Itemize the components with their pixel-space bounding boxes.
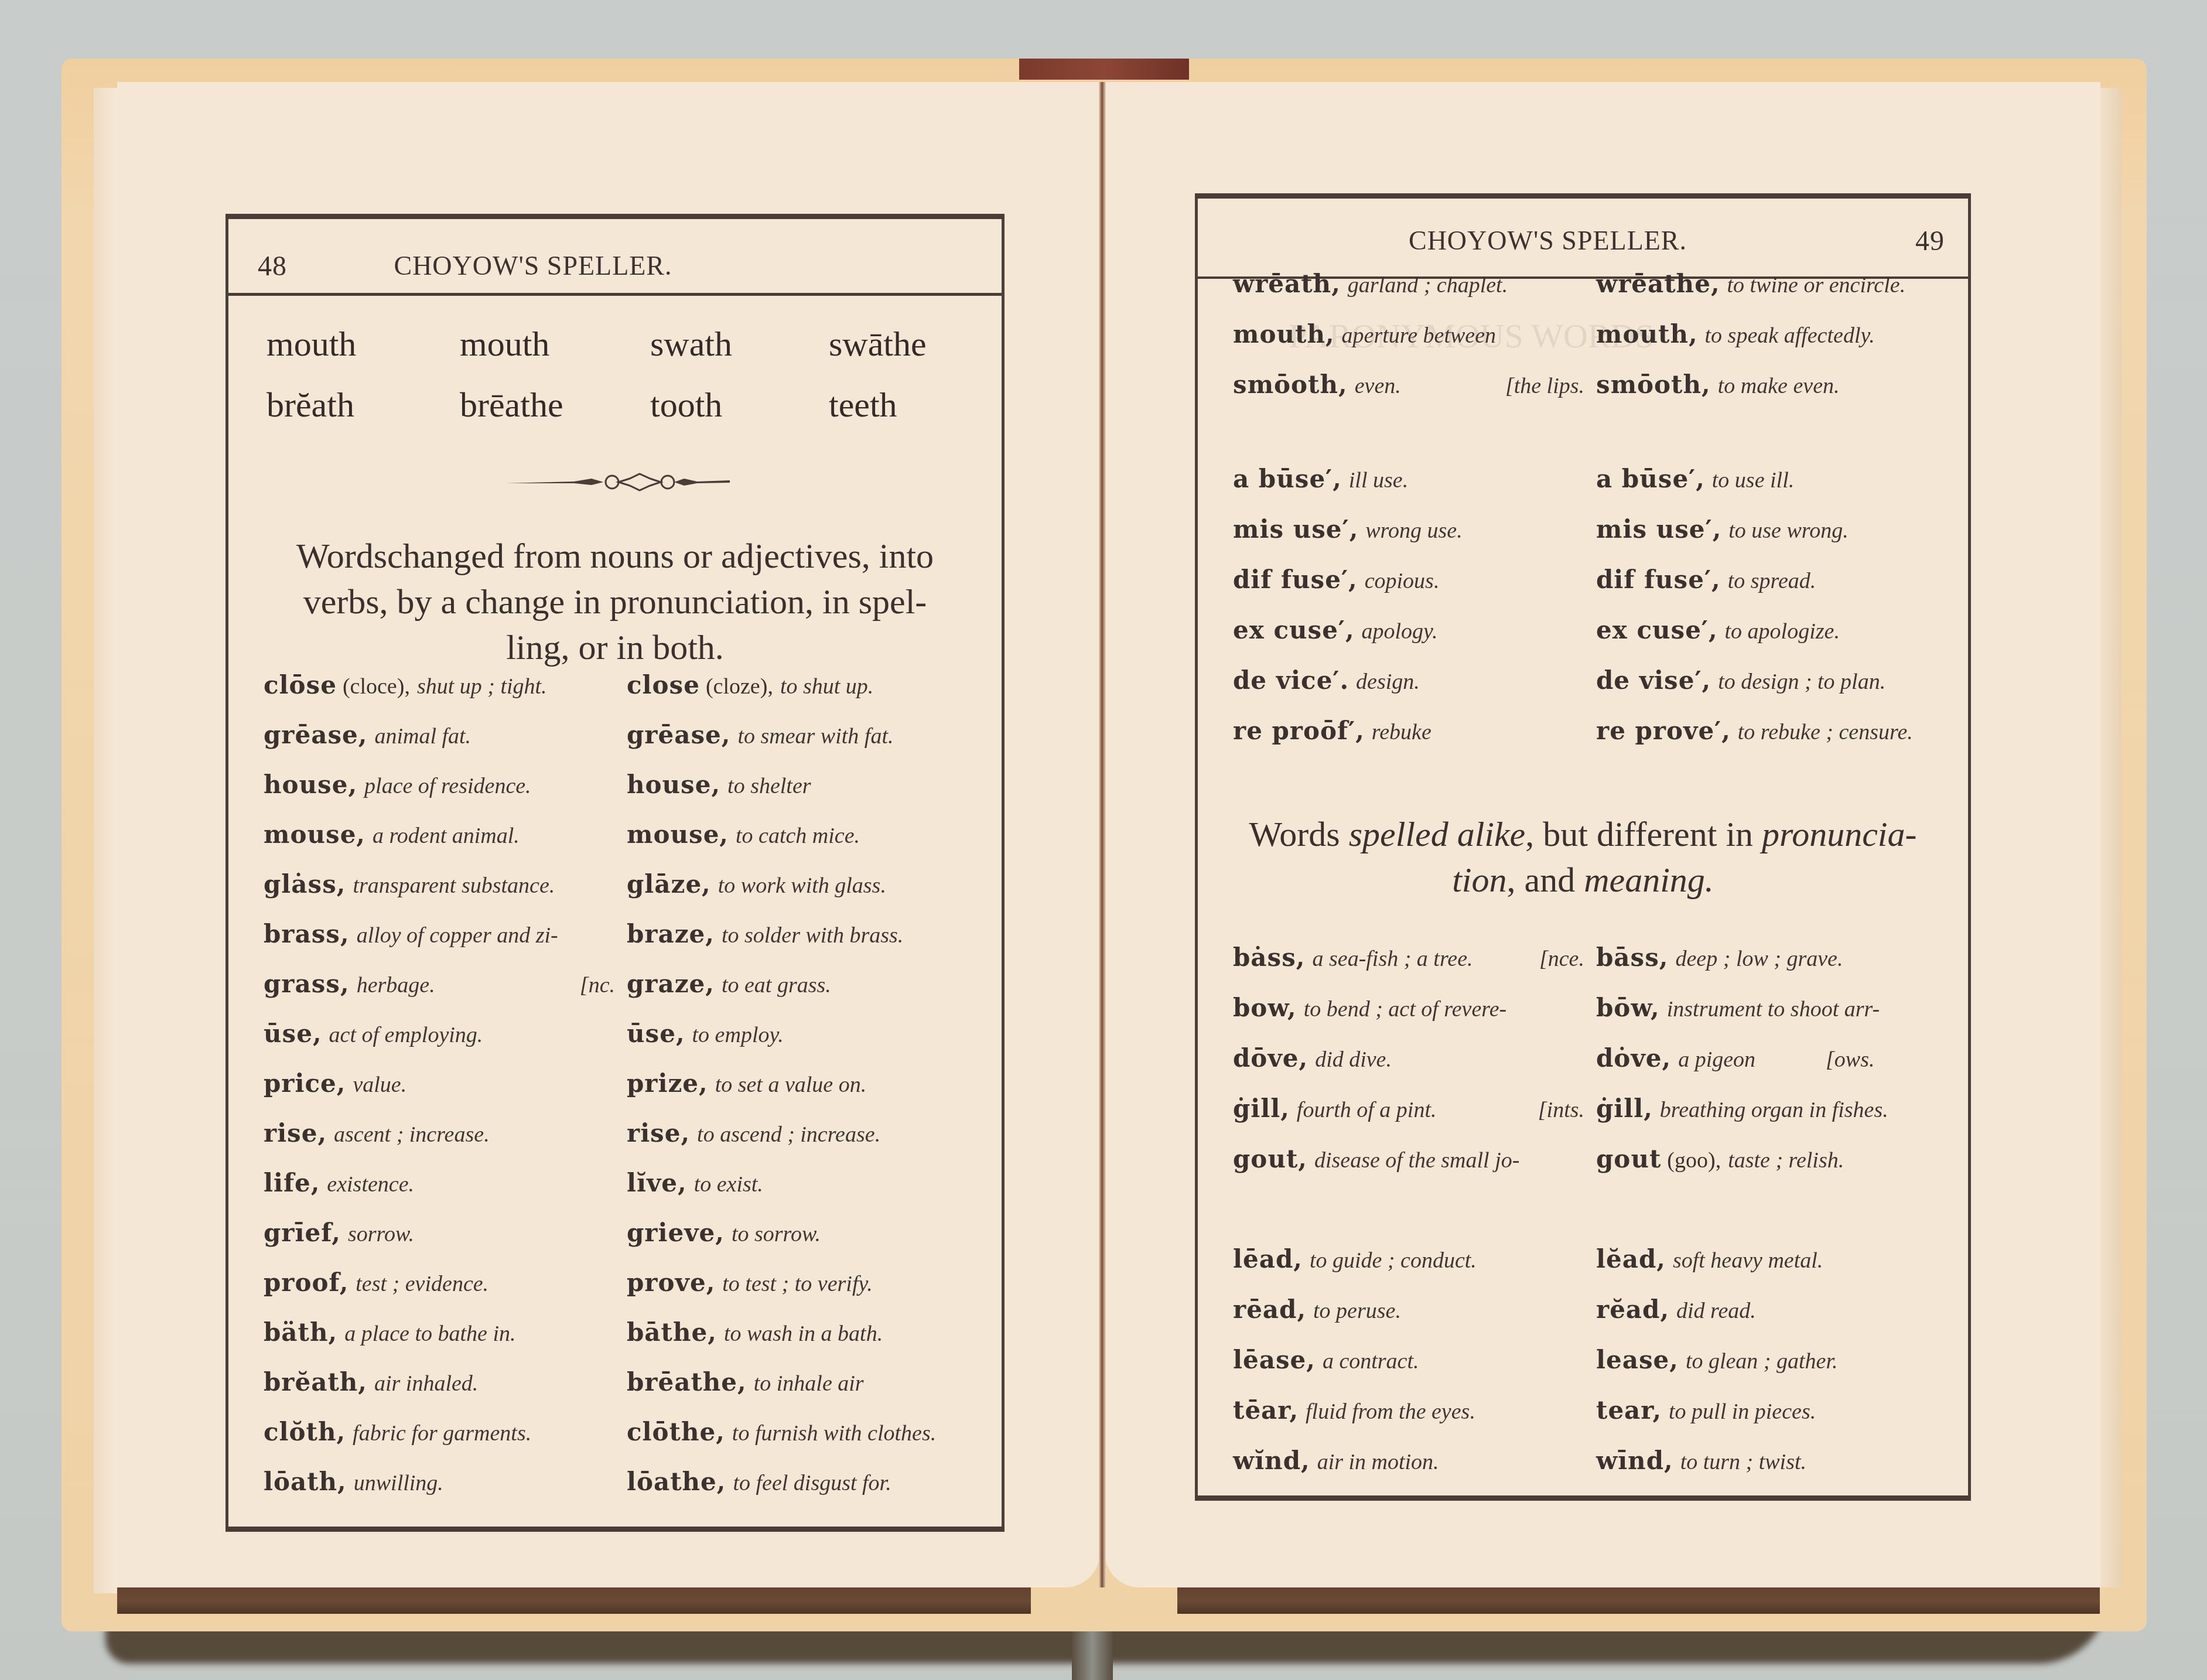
word-pair-list: bȧss,a sea-fish ; a tree.[nce.bāss,deep … [1233,943,1962,1497]
noun-cell: clōse(cloce),shut up ; tight. [264,671,627,699]
noun-cell: clŏth,fabric for garments. [264,1418,627,1446]
definition: to work with glass. [718,873,886,899]
verb-cell: bāss,deep ; low ; grave. [1596,943,1843,972]
word-pair-row: ex cuse′,apology.ex cuse′,to apologize. [1233,616,1962,666]
verb-cell: mouse,to catch mice. [627,820,860,849]
definition: copious. [1365,568,1440,594]
definition: to employ. [692,1022,784,1048]
headword: bow, [1233,993,1297,1022]
noun-cell: bäth,a place to bathe in. [264,1318,627,1347]
definition: to guide ; conduct. [1310,1248,1477,1273]
headword: proof, [264,1268,349,1297]
headword: lĭve, [627,1169,687,1197]
headword: wĭnd, [1233,1446,1310,1475]
noun-cell: brass,alloy of copper and zi- [264,920,627,948]
headword: a būse′, [1596,465,1705,493]
headword: brēathe, [627,1368,747,1396]
definition: to shelter [727,773,811,799]
definition: to use ill. [1712,467,1794,493]
definition: to solder with brass. [722,923,903,948]
verb-cell: bāthe,to wash in a bath. [627,1318,883,1347]
definition: to bend ; act of revere- [1304,996,1506,1022]
heading-line: Wordschanged from nouns or adjectives, i… [252,533,978,579]
headword: ūse, [627,1019,685,1048]
headword: close [627,671,700,699]
noun-cell: lēad,to guide ; conduct. [1233,1245,1596,1273]
headword: ex cuse′, [1233,616,1355,644]
word-pair-row: gout,disease of the small jo-gout(goo),t… [1233,1145,1962,1195]
verb-cell: prove,to test ; to verify. [627,1268,873,1297]
plain-word: mouth [267,324,460,364]
right-page-text-frame: CHOYOW'S SPELLER. 49 wrēath,garland ; ch… [1195,193,1971,1501]
word-pair-row: brĕath,air inhaled.brēathe,to inhale air [264,1368,996,1418]
definition: to twine or encircle. [1727,272,1906,298]
definition: taste ; relish. [1728,1148,1844,1173]
definition: existence. [327,1172,414,1197]
verb-cell: rĕad,did read. [1596,1295,1756,1324]
headword: bäth, [264,1318,337,1347]
definition: fourth of a pint. [1297,1097,1437,1123]
running-title: CHOYOW'S SPELLER. [146,250,920,281]
definition: disease of the small jo- [1314,1148,1519,1173]
definition: soft heavy metal. [1673,1248,1823,1273]
verb-cell: glāze,to work with glass. [627,870,886,899]
noun-cell: lōath,unwilling. [264,1467,627,1496]
word-pair-row: bȧss,a sea-fish ; a tree.[nce.bāss,deep … [1233,943,1962,993]
headword: smōoth, [1233,370,1348,399]
headword: prize, [627,1069,708,1098]
noun-cell: a būse′,ill use. [1233,465,1596,493]
headword: wīnd, [1596,1446,1673,1475]
running-title: CHOYOW'S SPELLER. [1163,225,1933,256]
headword: mis use′, [1596,515,1721,544]
heading-line: verbs, by a change in pronunciation, in … [252,579,978,624]
spine-headband [1019,59,1189,80]
headword: a būse′, [1233,465,1342,493]
definition: air inhaled. [374,1371,478,1396]
noun-cell: bow,to bend ; act of revere- [1233,993,1596,1022]
headword: lĕad, [1596,1245,1666,1273]
word-pair-row: smōoth,even.[the lips.smōoth,to make eve… [1233,370,1962,421]
headword: brass, [264,920,350,948]
noun-cell: bȧss,a sea-fish ; a tree.[nce. [1233,943,1596,972]
show-through-text: PARONYMOUS WORDS [1289,316,1654,356]
headword: clŏth, [264,1418,346,1446]
definition: to feel disgust for. [733,1470,891,1496]
verb-cell: lĭve,to exist. [627,1169,763,1197]
definition: wrong use. [1365,518,1462,544]
definition: to make even. [1718,373,1840,399]
definition: to inhale air [754,1371,864,1396]
headword: mouse, [627,820,729,849]
noun-cell: de vice′.design. [1233,666,1596,695]
noun-cell: glȧss,transparent substance. [264,870,627,899]
definition: a sea-fish ; a tree. [1313,946,1473,972]
verb-cell: wīnd,to turn ; twist. [1596,1446,1806,1475]
noun-cell: re proōf′,rebuke [1233,716,1596,745]
verb-cell: dȯve,a pigeon[ows. [1596,1044,1887,1073]
noun-cell: proof,test ; evidence. [264,1268,627,1297]
word-pair-row: dif fuse′,copious.dif fuse′,to spread. [1233,565,1962,616]
definition: to shut up. [780,674,873,699]
definition: shut up ; tight. [417,674,547,699]
headword: grass, [264,969,350,998]
definition: rebuke [1372,719,1432,745]
word-pair-row: wrēath,garland ; chaplet.wrēathe,to twin… [1233,269,1962,320]
definition: deep ; low ; grave. [1676,946,1843,972]
definition: a place to bathe in. [344,1321,515,1347]
definition: value. [353,1072,406,1098]
headword: ūse, [264,1019,322,1048]
pronunciation: (cloze), [706,674,773,699]
word-pair-row: rise,ascent ; increase.rise,to ascend ; … [264,1119,996,1169]
headword: life, [264,1169,320,1197]
word-pair-row: brass,alloy of copper and zi-braze,to so… [264,920,996,969]
headword: grīef, [264,1218,341,1247]
noun-cell: rise,ascent ; increase. [264,1119,627,1148]
headword: ex cuse′, [1596,616,1718,644]
plain-word: swath [650,324,829,364]
headword: re prove′, [1596,716,1731,745]
running-head: CHOYOW'S SPELLER. 49 [1198,217,1968,269]
headword: clōse [264,671,337,699]
runover-note: [nc. [580,972,627,998]
plain-word-row: brĕath brēathe tooth teeth [267,374,969,435]
word-pair-row: glȧss,transparent substance.glāze,to wor… [264,870,996,920]
headword: tear, [1596,1396,1662,1425]
definition: to pull in pieces. [1669,1399,1816,1425]
definition: ill use. [1349,467,1408,493]
word-pair-row: grass,herbage.[nc.graze,to eat grass. [264,969,996,1019]
word-pair-row: dōve,did dive.dȯve,a pigeon[ows. [1233,1044,1962,1094]
noun-cell: mouse,a rodent animal. [264,820,627,849]
definition: to eat grass. [722,972,831,998]
plain-word: mouth [460,324,650,364]
noun-cell: house,place of residence. [264,770,627,799]
verb-cell: ex cuse′,to apologize. [1596,616,1840,644]
noun-cell: lēase,a contract. [1233,1346,1596,1374]
definition: unwilling. [354,1470,443,1496]
definition: to use wrong. [1728,518,1848,544]
headword: house, [627,770,720,799]
emphasis-text: meaning. [1584,861,1714,899]
noun-cell: dif fuse′,copious. [1233,565,1596,594]
right-page-stack [2100,88,2121,1587]
headword: de vice′. [1233,666,1349,695]
word-pair-row: ġill,fourth of a pint.[ints.ġill,breathi… [1233,1094,1962,1145]
word-pair-row: wĭnd,air in motion.wīnd,to turn ; twist. [1233,1446,1962,1497]
definition: fluid from the eyes. [1306,1399,1475,1425]
frame-top-rule [1195,193,1971,199]
definition: did read. [1676,1298,1756,1324]
headword: lease, [1596,1346,1679,1374]
word-pair-row: price,value.prize,to set a value on. [264,1069,996,1119]
noun-cell: rēad,to peruse. [1233,1295,1596,1324]
definition: to speak affectedly. [1705,323,1875,349]
headword: bōw, [1596,993,1660,1022]
headword: rēad, [1233,1295,1306,1324]
definition: to exist. [694,1172,763,1197]
word-pair-row: bäth,a place to bathe in.bāthe,to wash i… [264,1318,996,1368]
verb-cell: house,to shelter [627,770,811,799]
verb-cell: prize,to set a value on. [627,1069,866,1098]
noun-cell: ex cuse′,apology. [1233,616,1596,644]
headword: smōoth, [1596,370,1711,399]
headword: clōthe, [627,1418,725,1446]
definition: to sorrow. [732,1221,821,1247]
verb-cell: tear,to pull in pieces. [1596,1396,1816,1425]
definition: apology. [1362,619,1438,644]
headword: ġill, [1233,1094,1290,1123]
definition: to wash in a bath. [724,1321,883,1347]
verb-cell: lĕad,soft heavy metal. [1596,1245,1823,1273]
headword: price, [264,1069,346,1098]
definition: a pigeon [1678,1047,1755,1073]
headword: mis use′, [1233,515,1358,544]
word-pair-row: de vice′.design.de vise′,to design ; to … [1233,666,1962,716]
headword: bāthe, [627,1318,717,1347]
headword: rĕad, [1596,1295,1669,1324]
verb-cell: grieve,to sorrow. [627,1218,821,1247]
headword: lōathe, [627,1467,726,1496]
left-page-stack [94,88,117,1593]
word-pair-row: a būse′,ill use.a būse′,to use ill. [1233,465,1962,515]
noun-cell: wĭnd,air in motion. [1233,1446,1596,1475]
heading-line: ling, or in both. [252,624,978,670]
noun-cell: grīef,sorrow. [264,1218,627,1247]
word-pair-row: mis use′,wrong use.mis use′,to use wrong… [1233,515,1962,565]
headword: rise, [627,1119,690,1148]
pronunciation: (cloce), [343,674,410,699]
verb-cell: dif fuse′,to spread. [1596,565,1816,594]
plain-word: brēathe [460,385,650,425]
plain-word-row: mouth mouth swath swāthe [267,313,969,374]
verb-cell: lease,to glean ; gather. [1596,1346,1838,1374]
plain-word: brĕath [267,385,460,425]
headword: bāss, [1596,943,1669,972]
headword: glāze, [627,870,711,899]
noun-cell: grass,herbage.[nc. [264,969,627,998]
headword: prove, [627,1268,715,1297]
heading-text: , but different in [1525,815,1762,853]
noun-cell: tēar,fluid from the eyes. [1233,1396,1596,1425]
runover-note: [ints. [1538,1097,1596,1123]
headword: dif fuse′, [1596,565,1721,594]
heading-text: , and [1507,861,1584,899]
noun-cell: smōoth,even.[the lips. [1233,370,1596,399]
definition: to spread. [1728,568,1816,594]
definition: air in motion. [1317,1449,1439,1475]
definition: to turn ; twist. [1680,1449,1806,1475]
word-pair-row: lēad,to guide ; conduct.lĕad,soft heavy … [1233,1245,1962,1295]
definition: instrument to shoot arr- [1667,996,1880,1022]
definition: fabric for garments. [353,1421,531,1446]
definition: to catch mice. [736,823,860,849]
plain-word: tooth [650,385,829,425]
verb-cell: de vise′,to design ; to plan. [1596,666,1885,695]
headword: grēase, [264,721,367,749]
noun-cell: ġill,fourth of a pint.[ints. [1233,1094,1596,1123]
verb-cell: a būse′,to use ill. [1596,465,1794,493]
runover-note: [the lips. [1505,373,1596,399]
word-pair-row: house,place of residence.house,to shelte… [264,770,996,820]
noun-cell: price,value. [264,1069,627,1098]
word-pair-row: proof,test ; evidence.prove,to test ; to… [264,1268,996,1318]
noun-cell: grēase,animal fat. [264,721,627,749]
definition: to test ; to verify. [722,1271,872,1297]
verb-cell: grēase,to smear with fat. [627,721,893,749]
word-pair-row: bow,to bend ; act of revere-bōw,instrume… [1233,993,1962,1044]
headword: wrēathe, [1596,269,1720,298]
verb-cell: rise,to ascend ; increase. [627,1119,880,1148]
verb-cell: clōthe,to furnish with clothes. [627,1418,936,1446]
definition: to design ; to plan. [1718,669,1885,695]
verb-cell: re prove′,to rebuke ; censure. [1596,716,1913,745]
headword: bȧss, [1233,943,1306,972]
noun-cell: life,existence. [264,1169,627,1197]
page-number: 49 [1915,225,1945,257]
definition: to ascend ; increase. [697,1122,880,1148]
headword: tēar, [1233,1396,1299,1425]
definition: to apologize. [1725,619,1840,644]
book-gutter [1099,82,1106,1587]
runover-note: [ows. [1826,1047,1886,1073]
word-pair-row: lēase,a contract.lease,to glean ; gather… [1233,1346,1962,1396]
word-pair-row: clōse(cloce),shut up ; tight.close(cloze… [264,671,996,721]
definition: to furnish with clothes. [732,1421,936,1446]
headword: lōath, [264,1467,347,1496]
verb-cell: braze,to solder with brass. [627,920,903,948]
headword: grieve, [627,1218,725,1247]
plain-word: swāthe [829,324,969,364]
plain-word-grid: mouth mouth swath swāthe brĕath brēathe … [267,313,969,435]
definition: herbage. [357,972,435,998]
headword: grēase, [627,721,730,749]
running-head: 48 CHOYOW'S SPELLER. [228,237,1002,290]
section-heading: Words spelled alike, but different in pr… [1221,811,1945,903]
definition: to peruse. [1313,1298,1401,1324]
headword: dōve, [1233,1044,1308,1073]
definition: test ; evidence. [356,1271,488,1297]
emphasis-text: spelled alike [1349,815,1526,853]
headword: wrēath, [1233,269,1341,298]
headword: dȯve, [1596,1044,1671,1073]
frame-bottom-rule [226,1527,1005,1532]
heading-line: tion, and meaning. [1221,857,1945,903]
headword: gout [1596,1145,1661,1173]
word-pair-row: grēase,animal fat.grēase,to smear with f… [264,721,996,770]
headword: lēase, [1233,1346,1316,1374]
headword: glȧss, [264,870,346,899]
definition: place of residence. [364,773,531,799]
verb-cell: graze,to eat grass. [627,969,831,998]
emphasis-text: pronuncia- [1762,815,1916,853]
word-pair-row: lōath,unwilling.lōathe,to feel disgust f… [264,1467,996,1517]
definition: sorrow. [348,1221,414,1247]
headword: braze, [627,920,715,948]
verb-cell: wrēathe,to twine or encircle. [1596,269,1905,298]
headword: house, [264,770,357,799]
frame-top-rule [226,214,1005,219]
noun-cell: wrēath,garland ; chaplet. [1233,269,1596,298]
headword: rise, [264,1119,327,1148]
definition: act of employing. [329,1022,483,1048]
pronunciation: (goo), [1667,1148,1721,1173]
verb-cell: mis use′,to use wrong. [1596,515,1849,544]
verb-cell: lōathe,to feel disgust for. [627,1467,891,1496]
header-rule [228,293,1002,296]
definition: garland ; chaplet. [1348,272,1508,298]
word-pair-row: life,existence.lĭve,to exist. [264,1169,996,1218]
verb-cell: bōw,instrument to shoot arr- [1596,993,1880,1022]
headword: graze, [627,969,715,998]
headword: lēad, [1233,1245,1303,1273]
definition: to set a value on. [715,1072,867,1098]
heading-text: Words [1249,815,1349,853]
definition: breathing organ in fishes. [1660,1097,1888,1123]
headword: brĕath, [264,1368,367,1396]
word-pair-list: clōse(cloce),shut up ; tight.close(cloze… [264,671,996,1517]
verb-cell: close(cloze),to shut up. [627,671,873,699]
headword: de vise′, [1596,666,1711,695]
definition: a rodent animal. [373,823,520,849]
word-pair-row: rēad,to peruse.rĕad,did read. [1233,1295,1962,1346]
plain-word: teeth [829,385,969,425]
definition: alloy of copper and zi- [357,923,558,948]
definition: to glean ; gather. [1686,1348,1838,1374]
headword: mouse, [264,820,365,849]
section-heading: Wordschanged from nouns or adjectives, i… [252,533,978,670]
noun-cell: gout,disease of the small jo- [1233,1145,1596,1173]
word-pair-row: ūse,act of employing.ūse,to employ. [264,1019,996,1069]
verb-cell: brēathe,to inhale air [627,1368,864,1396]
ornament-rule-icon [504,472,732,493]
word-pair-row: grīef,sorrow.grieve,to sorrow. [264,1218,996,1268]
noun-cell: ūse,act of employing. [264,1019,627,1048]
definition: even. [1355,373,1401,399]
noun-cell: mis use′,wrong use. [1233,515,1596,544]
definition: to smear with fat. [737,723,893,749]
headword: gout, [1233,1145,1307,1173]
noun-cell: brĕath,air inhaled. [264,1368,627,1396]
word-pair-row: re proōf′,rebukere prove′,to rebuke ; ce… [1233,716,1962,767]
runover-note: [nce. [1539,946,1596,972]
heading-line: Words spelled alike, but different in pr… [1221,811,1945,857]
verb-cell: ūse,to employ. [627,1019,784,1048]
headword: re proōf′, [1233,716,1365,745]
noun-cell: dōve,did dive. [1233,1044,1596,1073]
definition: a contract. [1323,1348,1419,1374]
definition: to rebuke ; censure. [1738,719,1913,745]
definition: ascent ; increase. [334,1122,490,1148]
definition: design. [1356,669,1420,695]
frame-bottom-rule [1195,1495,1971,1501]
emphasis-text: tion [1452,861,1506,899]
definition: did dive. [1315,1047,1392,1073]
definition: animal fat. [374,723,471,749]
left-page-text-frame: 48 CHOYOW'S SPELLER. mouth mouth swath s… [226,214,1005,1532]
headword: dif fuse′, [1233,565,1358,594]
word-pair-row: clŏth,fabric for garments.clōthe,to furn… [264,1418,996,1467]
verb-cell: ġill,breathing organ in fishes. [1596,1094,1888,1123]
verb-cell: smōoth,to make even. [1596,370,1840,399]
word-pair-row: tēar,fluid from the eyes.tear,to pull in… [1233,1396,1962,1446]
headword: ġill, [1596,1094,1653,1123]
verb-cell: gout(goo),taste ; relish. [1596,1145,1844,1173]
definition: transparent substance. [353,873,555,899]
word-pair-row: mouse,a rodent animal.mouse,to catch mic… [264,820,996,870]
